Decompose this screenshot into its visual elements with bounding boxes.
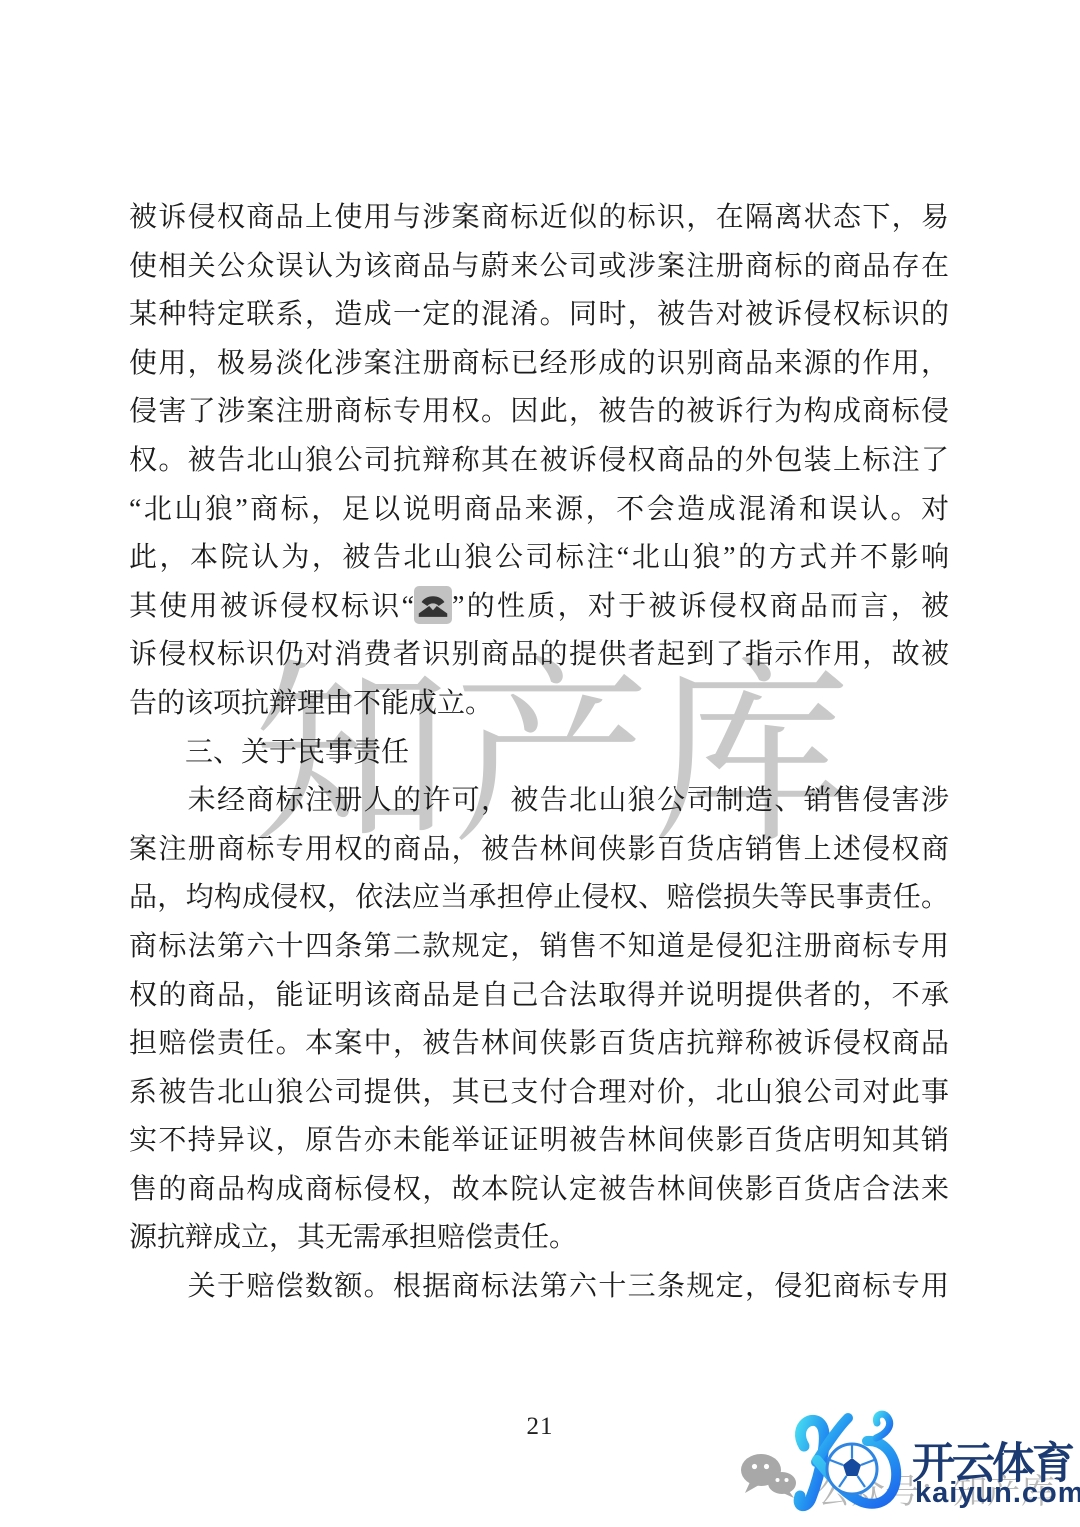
soccer-ball-icon [827, 1444, 877, 1494]
text-line: “北山狼”商标，足以说明商品来源，不会造成混淆和误认。对 [129, 486, 949, 535]
text-line: 此，本院认为，被告北山狼公司标注“北山狼”的方式并不影响 [129, 534, 949, 583]
text-line: 权的商品，能证明该商品是自己合法取得并说明提供者的，不承 [129, 972, 949, 1021]
kaiyun-domain: kaiyun.com [915, 1477, 1080, 1510]
text-line: 实不持异议，原告亦未能举证证明被告林间侠影百货店明知其销 [129, 1117, 949, 1166]
logo-line-before: 其使用被诉侵权标识“ [129, 591, 414, 622]
text-line: 系被告北山狼公司提供，其已支付合理对价，北山狼公司对此事 [129, 1069, 949, 1118]
section-heading: 三、关于民事责任 [129, 729, 949, 778]
text-line: 告的该项抗辩理由不能成立。 [129, 680, 949, 729]
kaiyun-k-logo [788, 1408, 906, 1520]
text-line: 未经商标注册人的许可，被告北山狼公司制造、销售侵害涉 [129, 777, 949, 826]
text-line: 案注册商标专用权的商品，被告林间侠影百货店销售上述侵权商 [129, 826, 949, 875]
text-line: 使用，极易淡化涉案注册商标已经形成的识别商品来源的作用， [129, 340, 949, 389]
body-text: 被诉侵权商品上使用与涉案商标近似的标识，在隔离状态下，易 使相关公众误认为该商品… [129, 194, 949, 1312]
text-line: 担赔偿责任。本案中，被告林间侠影百货店抗辩称被诉侵权商品 [129, 1020, 949, 1069]
text-line: 商标法第六十四条第二款规定，销售不知道是侵犯注册商标专用 [129, 923, 949, 972]
text-line: 诉侵权标识仍对消费者识别商品的提供者起到了指示作用，故被 [129, 631, 949, 680]
text-line: 源抗辩成立，其无需承担赔偿责任。 [129, 1214, 949, 1263]
nio-mark-icon [414, 586, 452, 624]
text-line: 品，均构成侵权，依法应当承担停止侵权、赔偿损失等民事责任。 [129, 874, 949, 923]
court-document-page: 知产库 被诉侵权商品上使用与涉案商标近似的标识，在隔离状态下，易 使相关公众误认… [0, 0, 1080, 1527]
text-line: 关于赔偿数额。根据商标法第六十三条规定，侵犯商标专用 [129, 1263, 949, 1312]
text-line: 某种特定联系，造成一定的混淆。同时，被告对被诉侵权标识的 [129, 291, 949, 340]
text-line-with-logo: 其使用被诉侵权标识“”的性质，对于被诉侵权商品而言，被 [129, 583, 949, 632]
logo-line-after: ”的性质，对于被诉侵权商品而言，被 [452, 591, 949, 622]
text-line: 使相关公众误认为该商品与蔚来公司或涉案注册商标的商品存在 [129, 243, 949, 292]
text-line: 权。被告北山狼公司抗辩称其在被诉侵权商品的外包装上标注了 [129, 437, 949, 486]
text-line: 被诉侵权商品上使用与涉案商标近似的标识，在隔离状态下，易 [129, 194, 949, 243]
text-line: 售的商品构成商标侵权，故本院认定被告林间侠影百货店合法来 [129, 1166, 949, 1215]
text-line: 侵害了涉案注册商标专用权。因此，被告的被诉行为构成商标侵 [129, 388, 949, 437]
